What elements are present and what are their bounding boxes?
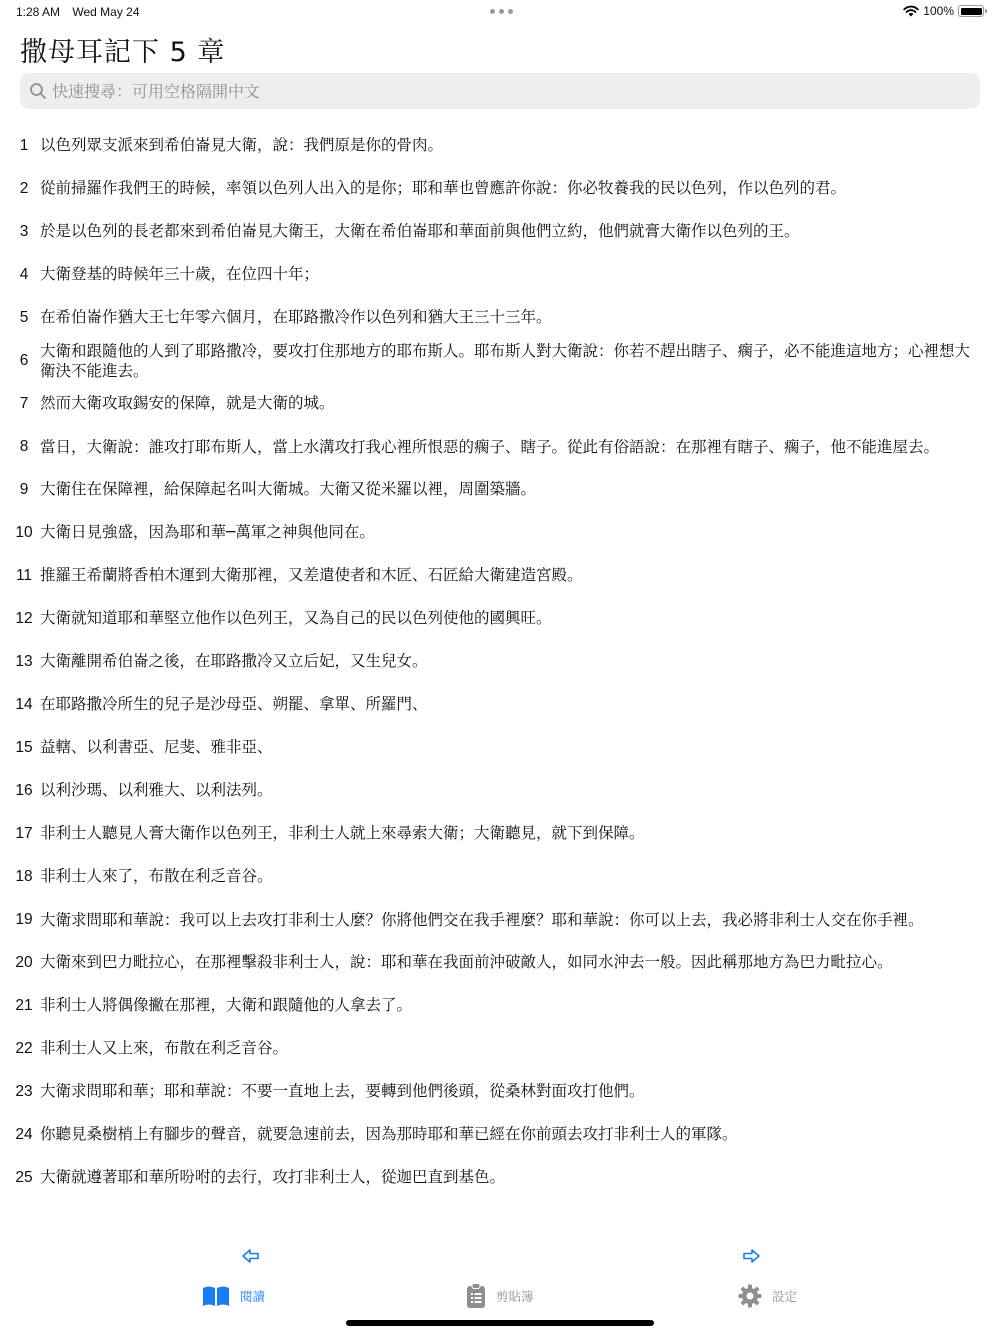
book-icon [202,1285,230,1307]
status-indicators: 100% [903,4,984,18]
verse-row[interactable]: 21非利士人將偶像撇在那裡，大衛和跟隨他的人拿去了。 [0,984,1000,1027]
verse-text: 非利士人又上來，布散在利乏音谷。 [40,1038,1000,1059]
multitasking-dots[interactable] [490,9,513,14]
verse-text: 非利士人將偶像撇在那裡，大衛和跟隨他的人拿去了。 [40,995,1000,1016]
verse-row[interactable]: 7然而大衛攻取錫安的保障，就是大衛的城。 [0,382,1000,425]
search-icon [29,82,47,100]
verse-row[interactable]: 11推羅王希蘭將香柏木運到大衛那裡，又差遣使者和木匠、石匠給大衛建造宮殿。 [0,554,1000,597]
verse-list: 1以色列眾支派來到希伯崙見大衛，說：我們原是你的骨肉。 2從前掃羅作我們王的時候… [0,124,1000,1199]
verse-number: 17 [0,825,40,843]
verse-row[interactable]: 5在希伯崙作猶大王七年零六個月，在耶路撒冷作以色列和猶大王三十三年。 [0,296,1000,339]
verse-text: 推羅王希蘭將香柏木運到大衛那裡，又差遣使者和木匠、石匠給大衛建造宮殿。 [40,565,1000,586]
verse-row[interactable]: 25大衛就遵著耶和華所吩咐的去行，攻打非利士人，從迦巴直到基色。 [0,1156,1000,1199]
verse-text: 以利沙瑪、以利雅大、以利法列。 [40,780,1000,801]
verse-row[interactable]: 17非利士人聽見人膏大衛作以色列王，非利士人就上來尋索大衛；大衛聽見，就下到保障… [0,812,1000,855]
verse-number: 9 [0,481,40,499]
verse-text: 大衛登基的時候年三十歲，在位四十年； [40,264,1000,285]
verse-text: 非利士人聽見人膏大衛作以色列王，非利士人就上來尋索大衛；大衛聽見，就下到保障。 [40,823,1000,844]
verse-row[interactable]: 12大衛就知道耶和華堅立他作以色列王，又為自己的民以色列使他的國興旺。 [0,597,1000,640]
verse-row[interactable]: 9大衛住在保障裡，給保障起名叫大衛城。大衛又從米羅以裡，周圍築牆。 [0,468,1000,511]
tab-label: 設定 [772,1287,797,1305]
verse-number: 7 [0,395,40,413]
search-input[interactable] [52,73,980,109]
tab-settings[interactable]: 設定 [738,1280,797,1312]
verse-row[interactable]: 13大衛離開希伯崙之後，在耶路撒冷又立后妃，又生兒女。 [0,640,1000,683]
verse-number: 12 [0,610,40,628]
verse-row[interactable]: 22非利士人又上來，布散在利乏音谷。 [0,1027,1000,1070]
verse-number: 4 [0,266,40,284]
home-indicator[interactable] [346,1320,654,1326]
next-chapter-arrow-icon[interactable] [740,1245,762,1267]
verse-row[interactable]: 3於是以色列的長老都來到希伯崙見大衛王，大衛在希伯崙耶和華面前與他們立約，他們就… [0,210,1000,253]
verse-number: 22 [0,1040,40,1058]
verse-text: 於是以色列的長老都來到希伯崙見大衛王，大衛在希伯崙耶和華面前與他們立約，他們就膏… [40,221,1000,242]
verse-number: 23 [0,1083,40,1101]
verse-text: 大衛來到巴力毗拉心，在那裡擊殺非利士人，說：耶和華在我面前沖破敵人，如同水沖去一… [40,952,1000,973]
verse-text: 從前掃羅作我們王的時候，率領以色列人出入的是你；耶和華也曾應許你說：你必牧養我的… [40,178,1000,199]
chapter-navigation [0,1245,1000,1267]
verse-number: 16 [0,782,40,800]
tab-clipboard[interactable]: 剪貼簿 [466,1280,534,1312]
verse-row[interactable]: 1以色列眾支派來到希伯崙見大衛，說：我們原是你的骨肉。 [0,124,1000,167]
status-time: 1:28 AM [16,5,60,19]
tab-bar: 閱讀 剪貼簿 [0,1280,1000,1312]
battery-percent: 100% [923,4,954,18]
status-date: Wed May 24 [72,5,139,19]
verse-number: 13 [0,653,40,671]
verse-text: 大衛求問耶和華說：我可以上去攻打非利士人麼？你將他們交在我手裡麼？耶和華說：你可… [40,910,960,930]
verse-text: 大衛和跟隨他的人到了耶路撒冷，要攻打住那地方的耶布斯人。耶布斯人對大衛說：你若不… [40,341,1000,381]
verse-row[interactable]: 18非利士人來了，布散在利乏音谷。 [0,855,1000,898]
page-title: 撒母耳記下 5 章 [20,30,225,69]
clipboard-icon [466,1283,486,1309]
verse-number: 14 [0,696,40,714]
verse-number: 1 [0,137,40,155]
status-time-date: 1:28 AM Wed May 24 [16,5,149,19]
verse-text: 大衛就知道耶和華堅立他作以色列王，又為自己的民以色列使他的國興旺。 [40,608,1000,629]
verse-number: 11 [0,567,40,585]
verse-text: 大衛日見強盛，因為耶和華─萬軍之神與他同在。 [40,522,1000,543]
verse-number: 5 [0,309,40,327]
verse-text: 在希伯崙作猶大王七年零六個月，在耶路撒冷作以色列和猶大王三十三年。 [40,307,1000,328]
status-bar: 1:28 AM Wed May 24 100% [0,0,1000,24]
verse-row[interactable]: 19大衛求問耶和華說：我可以上去攻打非利士人麼？你將他們交在我手裡麼？耶和華說：… [0,898,1000,941]
verse-number: 24 [0,1126,40,1144]
tab-read[interactable]: 閱讀 [202,1280,265,1312]
verse-number: 21 [0,997,40,1015]
verse-text: 大衛離開希伯崙之後，在耶路撒冷又立后妃，又生兒女。 [40,651,1000,672]
verse-row[interactable]: 6大衛和跟隨他的人到了耶路撒冷，要攻打住那地方的耶布斯人。耶布斯人對大衛說：你若… [0,339,1000,382]
verse-row[interactable]: 16以利沙瑪、以利雅大、以利法列。 [0,769,1000,812]
verse-row[interactable]: 24你聽見桑樹梢上有腳步的聲音，就要急速前去，因為那時耶和華已經在你前頭去攻打非… [0,1113,1000,1156]
verse-row[interactable]: 10大衛日見強盛，因為耶和華─萬軍之神與他同在。 [0,511,1000,554]
verse-text: 大衛就遵著耶和華所吩咐的去行，攻打非利士人，從迦巴直到基色。 [40,1167,1000,1188]
verse-text: 然而大衛攻取錫安的保障，就是大衛的城。 [40,393,1000,414]
verse-number: 15 [0,739,40,757]
verse-number: 6 [0,352,40,370]
search-bar[interactable] [20,73,980,109]
previous-chapter-arrow-icon[interactable] [240,1245,262,1267]
verse-text: 你聽見桑樹梢上有腳步的聲音，就要急速前去，因為那時耶和華已經在你前頭去攻打非利士… [40,1124,1000,1145]
gear-icon [738,1284,762,1308]
verse-text: 大衛住在保障裡，給保障起名叫大衛城。大衛又從米羅以裡，周圍築牆。 [40,479,1000,500]
verse-text: 以色列眾支派來到希伯崙見大衛，說：我們原是你的骨肉。 [40,135,1000,156]
verse-text: 非利士人來了，布散在利乏音谷。 [40,866,1000,887]
verse-row[interactable]: 23大衛求問耶和華；耶和華說：不要一直地上去，要轉到他們後頭，從桑林對面攻打他們… [0,1070,1000,1113]
verse-number: 2 [0,180,40,198]
verse-row[interactable]: 8當日，大衛說：誰攻打耶布斯人，當上水溝攻打我心裡所恨惡的瘸子、瞎子。從此有俗語… [0,425,1000,468]
verse-row[interactable]: 2從前掃羅作我們王的時候，率領以色列人出入的是你；耶和華也曾應許你說：你必牧養我… [0,167,1000,210]
verse-text: 在耶路撒冷所生的兒子是沙母亞、朔罷、拿單、所羅門、 [40,694,1000,715]
verse-text: 益轄、以利書亞、尼斐、雅非亞、 [40,737,1000,758]
verse-row[interactable]: 15益轄、以利書亞、尼斐、雅非亞、 [0,726,1000,769]
verse-number: 20 [0,954,40,972]
verse-number: 3 [0,223,40,241]
verse-number: 8 [0,438,40,456]
verse-number: 18 [0,868,40,886]
battery-icon [958,5,984,17]
verse-number: 10 [0,524,40,542]
tab-label: 剪貼簿 [496,1287,534,1305]
verse-number: 25 [0,1169,40,1187]
verse-row[interactable]: 14在耶路撒冷所生的兒子是沙母亞、朔罷、拿單、所羅門、 [0,683,1000,726]
verse-text: 當日，大衛說：誰攻打耶布斯人，當上水溝攻打我心裡所恨惡的瘸子、瞎子。從此有俗語說… [40,437,1000,457]
verse-row[interactable]: 20大衛來到巴力毗拉心，在那裡擊殺非利士人，說：耶和華在我面前沖破敵人，如同水沖… [0,941,1000,984]
verse-number: 19 [0,911,40,929]
wifi-icon [903,5,919,17]
tab-label: 閱讀 [240,1287,265,1305]
verse-row[interactable]: 4大衛登基的時候年三十歲，在位四十年； [0,253,1000,296]
verse-text: 大衛求問耶和華；耶和華說：不要一直地上去，要轉到他們後頭，從桑林對面攻打他們。 [40,1081,1000,1102]
